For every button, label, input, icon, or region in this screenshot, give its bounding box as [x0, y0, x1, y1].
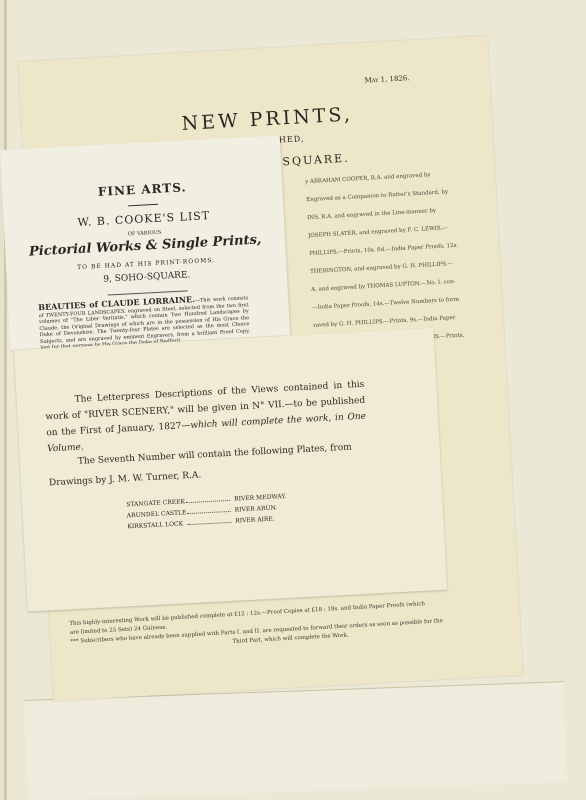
- entry: JOSEPH SLATER, and engraved by F. C. LEW…: [308, 223, 478, 240]
- fine-arts-heading: FINE ARTS.: [2, 175, 282, 204]
- entry: INS, R.A. and engraved in the Line-manne…: [307, 205, 477, 222]
- entry: —India Paper Proofs, 14s.—Twelve Numbers…: [312, 294, 482, 311]
- entry: THERINGTON, and engraved by G. H. PHILLI…: [310, 259, 480, 276]
- plate-river: RIVER AIRE.: [235, 514, 275, 527]
- sheet-title: NEW PRINTS,: [181, 103, 353, 135]
- river-scenery-sheet: The Letterpress Descriptions of the View…: [14, 328, 447, 612]
- album-lower-sheet: [24, 681, 567, 800]
- entry: PHILLIPS.—Prints, 10s. 6d.—India Paper P…: [309, 241, 479, 258]
- entry: raved by G. H. PHILLIPS.—Prints, 9s.—Ind…: [313, 312, 483, 329]
- entry: Engraved as a Companion to Rutter's Stan…: [306, 187, 476, 204]
- divider: [128, 204, 158, 207]
- plate-name: KIRKSTALL LOCK: [127, 518, 187, 532]
- entry: y ABRAHAM COOPER, R.A. and engraved by: [305, 169, 475, 186]
- plates-list: STANGATE CREEKRIVER MEDWAY. ARUNDEL CAST…: [126, 491, 288, 532]
- date: May 1, 1826.: [364, 74, 409, 85]
- cooke-list-sheet: FINE ARTS. W. B. COOKE'S LIST OF VARIOUS…: [0, 135, 290, 349]
- entry: A. and engraved by THOMAS LUPTON.—No. I.…: [311, 277, 481, 294]
